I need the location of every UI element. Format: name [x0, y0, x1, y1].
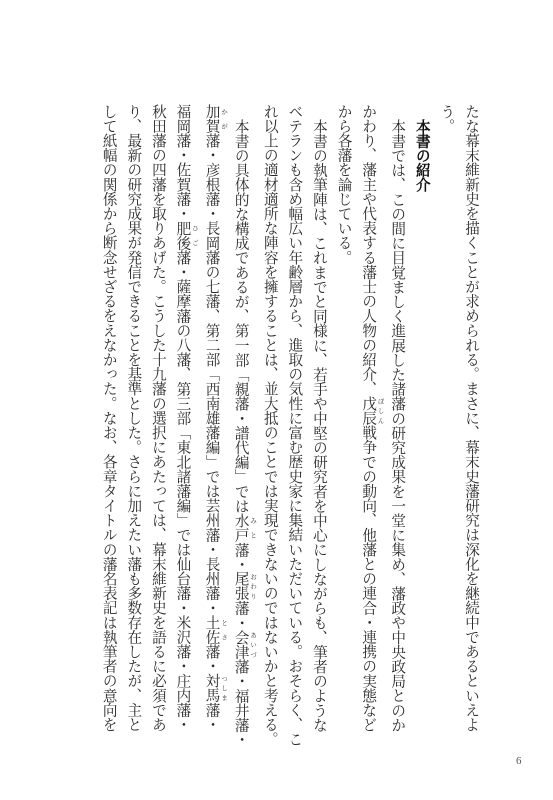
section-heading: 本書の紹介: [409, 104, 434, 720]
text-segment: 戦争での動向、他藩との連合・連携の実態など: [360, 425, 377, 732]
text-segment: かわり、藩主や代表する藩士の人物の紹介、: [360, 104, 377, 396]
text-column: り、最新の研究成果が発信できることを基準とした。さらに加えたい藩も多数存在したが…: [121, 104, 146, 720]
text-column: れ以上の適材適所な陣容を擁することは、並大抵のことでは実現できないのではないかと…: [257, 104, 282, 720]
text-column: かわり、藩主や代表する藩士の人物の紹介、戊辰ぼしん戦争での動向、他藩との連合・連…: [356, 104, 385, 720]
text-column: 秋田藩の四藩を取りあげた。こうした十九藩の選択にあたっては、幕末維新史を語るに必…: [145, 104, 170, 720]
text-column: う。: [434, 104, 459, 720]
text-column: 本書の執筆陣は、これまでと同様に、若手や中堅の研究者を中心にしながらも、筆者のよ…: [306, 104, 331, 720]
ruby-mito: 水戸みと: [233, 513, 250, 542]
ruby-aizu: 会津あいづ: [233, 630, 250, 659]
text-column: 福岡藩・佐賀藩・肥後ひご藩・薩摩藩の八藩、第三部「東北諸藩編」では仙台藩・米沢藩…: [170, 104, 199, 720]
ruby-higo: 肥後ひご: [174, 221, 191, 250]
page-number: 6: [516, 755, 522, 767]
ruby-owari: 尾張おわり: [233, 571, 250, 600]
text-column: 本書の具体的な構成であるが、第一部「親藩・譜代編」では水戸みと藩・尾張おわり藩・…: [228, 104, 257, 720]
ruby-boshin: 戊辰ぼしん: [360, 396, 377, 425]
text-column: ベテランも含め幅広い年齢層から、進取の気性に富む歴史家に集結いただいている。おそ…: [282, 104, 307, 720]
text-column: して紙幅の関係から断念せざるをえなかった。なお、各章タイトルの藩名表記は執筆者の…: [96, 104, 121, 720]
vertical-text-body: たな幕末維新史を描くことが求められる。まさに、幕末史藩研究は深化を継続中であると…: [96, 104, 483, 720]
ruby-kaga: 加賀かが: [204, 104, 221, 133]
text-column: から各藩を論じている。: [331, 104, 356, 720]
ruby-tosa: 土佐とさ: [204, 615, 221, 644]
text-column: 本書では、この間に目覚ましく進展した諸藩の研究成果を一堂に集め、藩政や中央政局と…: [385, 104, 410, 720]
book-page: たな幕末維新史を描くことが求められる。まさに、幕末史藩研究は深化を継続中であると…: [0, 0, 553, 800]
ruby-tsushima: 対馬つしま: [204, 673, 221, 702]
text-column: 加賀かが藩・彦根藩・長岡藩の七藩、第二部「西南雄藩編」では芸州藩・長州藩・土佐と…: [199, 104, 228, 720]
text-column: たな幕末維新史を描くことが求められる。まさに、幕末史藩研究は深化を継続中であると…: [458, 104, 483, 720]
